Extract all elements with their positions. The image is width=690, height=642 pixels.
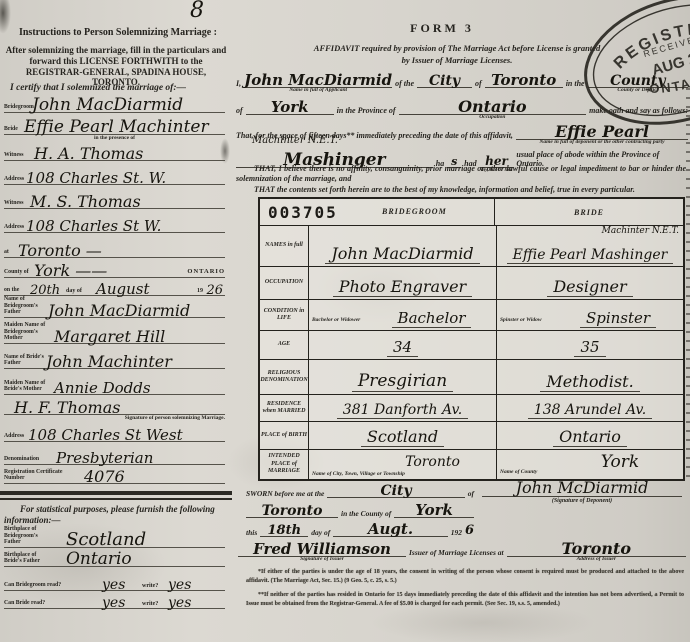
handwritten-value: Ontario <box>66 551 132 568</box>
footnote-2: **If neither of the parties has resided … <box>246 591 684 609</box>
handwritten-value: Margaret Hill <box>54 329 165 345</box>
handwritten-value: 18th <box>267 524 301 537</box>
handwritten-corner-mark: 8 <box>190 0 204 22</box>
field-label: Maiden Name of Bridegroom's Mother <box>4 322 50 342</box>
groom-cell: Bachelor or Widower Bachelor <box>309 300 497 330</box>
statistics-heading: For statistical purposes, please furnish… <box>4 504 227 527</box>
printed-text: of <box>468 489 474 498</box>
handwritten-value: York —— <box>34 263 107 279</box>
form-field-row: Bridegroom John MacDiarmid <box>4 112 225 113</box>
bride-cell: Machinter N.E.T. Effie Pearl Mashinger <box>497 226 683 266</box>
printed-text: of the <box>395 79 414 88</box>
row-label: INTENDED PLACE of MARRIAGE <box>260 450 309 479</box>
handwritten-value: Toronto — <box>18 243 102 259</box>
groom-cell: 381 Danforth Av. <box>309 395 497 421</box>
field-label: Registration Certificate Number <box>4 469 78 482</box>
groom-cell: Name of City, Town, Village or Township … <box>309 450 497 479</box>
handwritten-signature: Fred Williamson <box>253 542 391 557</box>
bridegroom-bride-table: 003705 BRIDEGROOM BRIDE NAMES in full Jo… <box>258 197 685 481</box>
sworn-line-2: Toronto in the County of York <box>246 503 474 518</box>
handwritten-value: John MacDiarmid <box>325 246 479 264</box>
column-header-bridegroom: BRIDEGROOM <box>382 207 447 216</box>
cell-sublabel: Bachelor or Widower <box>312 317 360 323</box>
footnotes: *If either of the parties is under the a… <box>246 568 684 614</box>
handwritten-value: Spinster <box>580 311 656 328</box>
handwritten-value: Photo Engraver <box>333 279 472 297</box>
field-sublabel: Address of Issuer <box>577 556 616 562</box>
form-field-row: County of York —— ONTARIO <box>4 277 225 278</box>
fill-segment-county2: York <box>246 100 334 115</box>
form-field-row: Address 108 Charles St West <box>4 441 225 442</box>
row-label: CONDITION in LIFE <box>260 300 309 330</box>
form-field-row: Address 108 Charles St W. <box>4 232 225 233</box>
handwritten-value: Augt. <box>368 522 413 537</box>
groom-cell: John MacDiarmid <box>309 226 497 266</box>
handwritten-value: John Machinter <box>46 354 172 370</box>
printed-text: of <box>236 106 243 115</box>
handwritten-value: yes <box>102 596 125 610</box>
that-paragraph-3: THAT the contents set forth herein are t… <box>236 185 686 195</box>
fill-segment-place: Toronto <box>246 504 338 518</box>
field-sublabel: Name in full of Applicant <box>289 87 347 93</box>
field-label: Maiden Name of Bride's Mother <box>4 380 50 393</box>
row-label: NAMES in full <box>260 226 309 266</box>
handwritten-value: Scotland <box>361 429 444 447</box>
form-field-row: Maiden Name of Bridegroom's Mother Marga… <box>4 343 225 344</box>
handwritten-value: Presgirian <box>352 373 453 392</box>
table-row-names: NAMES in full John MacDiarmid Machinter … <box>260 226 683 267</box>
cell-sublabel: Name of City, Town, Village or Township <box>312 471 405 477</box>
form-field-row: Name of Bridegroom's Father John MacDiar… <box>4 317 225 318</box>
field-label: Denomination <box>4 456 50 463</box>
deponent-signature-block: John McDiarmid (Signature of Deponent) <box>482 480 682 504</box>
form-field-row: Address 108 Charles St. W. <box>4 184 225 185</box>
handwritten-value: Presbyterian <box>56 451 153 466</box>
handwritten-value: York <box>415 503 453 518</box>
printed-text: in the Province of <box>337 106 396 115</box>
form-field-row: Birthplace of Bride's Father Ontario <box>4 566 225 567</box>
row-label: OCCUPATION <box>260 267 309 299</box>
printed-text: SWORN before me at the <box>246 489 324 498</box>
field-label: Can Bride read? <box>4 600 70 607</box>
sworn-line-1: SWORN before me at the City of <box>246 484 474 498</box>
marriage-affidavit-document: 8 Instructions to Person Solemnizing Mar… <box>0 0 690 642</box>
handwritten-value: yes <box>168 578 191 592</box>
handwritten-value: 26 <box>206 284 223 297</box>
row-label: RELIGIOUS DENOMINATION <box>260 360 309 394</box>
year-prefix: 19 <box>197 288 203 294</box>
printed-text: 192 <box>451 528 462 537</box>
handwritten-value: Methodist. <box>540 374 639 392</box>
handwritten-value: 108 Charles St West <box>28 428 183 443</box>
table-header-row: 003705 BRIDEGROOM BRIDE <box>260 199 683 226</box>
handwritten-value: Ontario <box>553 429 627 447</box>
handwritten-signature: H. F. Thomas <box>14 400 120 416</box>
handwritten-value: H. A. Thomas <box>34 146 143 162</box>
printed-text: this <box>246 528 257 537</box>
handwritten-value: City <box>429 74 460 88</box>
printed-text: of <box>475 79 482 88</box>
table-row-intended-place: INTENDED PLACE of MARRIAGE Name of City,… <box>260 450 683 479</box>
fill-segment-issuer-signature: Fred Williamson Signature of Issuer <box>238 542 406 557</box>
fill-segment-month: Augt. <box>333 522 447 537</box>
table-row-residence: RESIDENCE when MARRIED 381 Danforth Av. … <box>260 395 683 422</box>
handwritten-signature: John McDiarmid <box>516 478 649 497</box>
fill-segment-issuer-address: Toronto Address of Issuer <box>507 541 686 557</box>
handwritten-value: 6 <box>465 524 474 537</box>
printed-text: in the County of <box>341 509 391 518</box>
signature-row: H. F. Thomas Signature of person solemni… <box>4 414 225 415</box>
field-label: Name of Bride's Father <box>4 354 50 367</box>
license-return-panel: 8 Instructions to Person Solemnizing Mar… <box>0 0 232 642</box>
instructions-paragraph: After solemnizing the marriage, fill in … <box>3 45 229 88</box>
handwritten-value: M. S. Thomas <box>30 194 141 210</box>
handwritten-value: Ontario <box>458 99 527 115</box>
form-field-row: Birthplace of Bridegroom's Father Scotla… <box>4 547 225 548</box>
table-row-birthplace: PLACE of BIRTH Scotland Ontario <box>260 422 683 450</box>
fill-segment-applicant: John MacDiarmid Name in full of Applican… <box>244 73 392 88</box>
bride-cell: Designer <box>497 267 683 299</box>
fill-segment-day: 18th <box>260 524 308 537</box>
section-divider-rule <box>0 498 232 500</box>
handwritten-value: Toronto <box>491 73 556 88</box>
field-label: Can Bridegroom read? <box>4 582 70 589</box>
field-midlabel: write? <box>142 583 158 589</box>
handwritten-value: 138 Arundel Av. <box>528 403 652 419</box>
handwritten-value: Effie Pearl Machinter <box>24 119 209 136</box>
bride-cell: Methodist. <box>497 360 683 394</box>
handwritten-annotation: Machinter N.E.T. <box>252 136 338 146</box>
certify-line: I certify that I solemnized the marriage… <box>10 83 186 93</box>
field-label: Birthplace of Bride's Father <box>4 552 50 565</box>
groom-cell: Presgirian <box>309 360 497 394</box>
fill-segment-place: Toronto <box>485 73 563 88</box>
field-sublabel: Occupation <box>479 114 505 120</box>
form-field-row: Can Bridegroom read? yes write? yes <box>4 590 225 591</box>
handwritten-annotation: Machinter N.E.T. <box>602 227 679 236</box>
handwritten-value: 35 <box>574 340 605 357</box>
handwritten-value: Toronto <box>405 455 460 469</box>
bride-cell: 35 <box>497 331 683 359</box>
field-sublabel: Signature of person solemnizing Marriage… <box>125 415 225 421</box>
handwritten-value: Annie Dodds <box>54 381 151 396</box>
form-field-row: Name of Bride's Father John Machinter <box>4 368 225 369</box>
handwritten-value: August <box>96 282 149 297</box>
form-field-row: Can Bride read? yes write? yes <box>4 608 225 609</box>
handwritten-value: John MacDiarmid <box>48 303 190 319</box>
that-paragraph-2: THAT, I believe there is no affinity, co… <box>236 164 686 184</box>
sworn-line-4: Fred Williamson Signature of Issuer Issu… <box>238 541 686 557</box>
handwritten-value: Toronto <box>562 541 632 557</box>
field-label: Name of Bridegroom's Father <box>4 296 50 316</box>
table-row-religion: RELIGIOUS DENOMINATION Presgirian Method… <box>260 360 683 395</box>
handwritten-value: John MacDiarmid <box>244 73 392 88</box>
section-divider-rule <box>0 491 232 495</box>
table-row-condition: CONDITION in LIFE Bachelor or Widower Ba… <box>260 300 683 331</box>
field-midlabel: write? <box>142 601 158 607</box>
handwritten-value: Toronto <box>262 504 323 518</box>
groom-cell: Scotland <box>309 422 497 449</box>
row-label: RESIDENCE when MARRIED <box>260 395 309 421</box>
column-header-bride: BRIDE <box>495 199 683 225</box>
form-field-row: Registration Certificate Number 4076 <box>4 483 225 484</box>
fill-segment-city: City <box>417 74 472 88</box>
bride-cell: Ontario <box>497 422 683 449</box>
fill-segment-province: Ontario Occupation <box>399 99 587 115</box>
row-label: PLACE of BIRTH <box>260 422 309 449</box>
form-field-row: Witness H. A. Thomas <box>4 160 225 161</box>
table-header-left: 003705 BRIDEGROOM <box>260 199 495 225</box>
handwritten-value: City <box>381 484 412 498</box>
sworn-line-3: this 18th day of Augt. 192 6 <box>246 522 474 537</box>
form-field-row: Denomination Presbyterian <box>4 464 225 465</box>
province-label: ONTARIO <box>187 268 225 275</box>
field-midlabel: day of <box>66 288 82 294</box>
handwritten-value: Bachelor <box>392 311 472 328</box>
handwritten-value: 108 Charles St. W. <box>26 171 166 186</box>
groom-cell: Photo Engraver <box>309 267 497 299</box>
handwritten-value: 4076 <box>84 469 125 485</box>
handwritten-value: yes <box>168 596 191 610</box>
table-row-occupation: OCCUPATION Photo Engraver Designer <box>260 267 683 300</box>
handwritten-value: York <box>601 454 639 471</box>
cell-sublabel: Spinster or Widow <box>500 317 542 323</box>
field-sublabel: in the presence of <box>94 135 135 141</box>
field-sublabel: (Signature of Deponent) <box>482 498 682 504</box>
handwritten-value: Scotland <box>66 531 146 549</box>
form-field-row: Witness M. S. Thomas <box>4 208 225 209</box>
handwritten-value: yes <box>102 578 125 592</box>
bride-cell: Name of County York <box>497 450 683 479</box>
form-field-row: at Toronto — <box>4 257 225 258</box>
serial-number-stamp: 003705 <box>268 203 338 222</box>
handwritten-value: York <box>271 100 309 115</box>
footnote-1: *If either of the parties is under the a… <box>246 568 684 586</box>
printed-text: day of <box>311 528 330 537</box>
handwritten-value: Effie Pearl Mashinger <box>507 248 674 264</box>
field-label: Birthplace of Bridegroom's Father <box>4 526 50 546</box>
handwritten-value: Designer <box>547 279 632 297</box>
handwritten-value: John MacDiarmid <box>32 97 183 114</box>
groom-cell: 34 <box>309 331 497 359</box>
bride-cell: 138 Arundel Av. <box>497 395 683 421</box>
printed-text: Issuer of Marriage Licenses at <box>409 548 504 557</box>
handwritten-value: 381 Danforth Av. <box>337 403 468 419</box>
handwritten-value: 34 <box>387 340 418 357</box>
bride-cell: Spinster or Widow Spinster <box>497 300 683 330</box>
printed-text: I, <box>236 79 241 88</box>
fill-segment-city: City <box>327 484 464 498</box>
table-row-age: AGE 34 35 <box>260 331 683 360</box>
fill-segment-county: York <box>394 503 474 518</box>
handwritten-value: 108 Charles St W. <box>26 219 161 234</box>
cell-sublabel: Name of County <box>500 469 537 475</box>
row-label: AGE <box>260 331 309 359</box>
form-field-row: Bride Effie Pearl Machinter in the prese… <box>4 134 225 135</box>
form-field-row: Maiden Name of Bride's Mother Annie Dodd… <box>4 394 225 395</box>
field-sublabel: Signature of Issuer <box>300 556 344 562</box>
instructions-title: Instructions to Person Solemnizing Marri… <box>8 27 228 38</box>
